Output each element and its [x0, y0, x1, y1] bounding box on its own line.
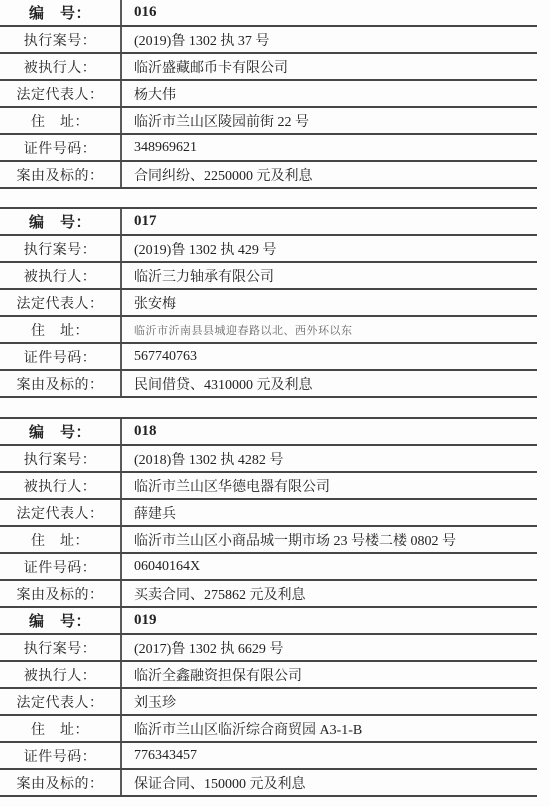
- field-value-respondent: 临沂全鑫融资担保有限公司: [122, 662, 537, 687]
- record-table-017: 编 号： 017 执行案号： (2019)鲁 1302 执 429 号 被执行人…: [0, 207, 537, 398]
- row-legal-representative: 法定代表人： 张安梅: [0, 290, 537, 317]
- field-value-address: 临沂市兰山区小商品城一期市场 23 号楼二楼 0802 号: [122, 527, 537, 552]
- row-legal-representative: 法定代表人： 刘玉珍: [0, 689, 537, 716]
- field-label-cause-amount: 案由及标的：: [0, 581, 122, 606]
- field-value-serial: 019: [122, 608, 537, 633]
- row-cause-amount: 案由及标的： 民间借贷、4310000 元及利息: [0, 371, 537, 398]
- field-value-legal-representative: 刘玉珍: [122, 689, 537, 714]
- field-label-legal-representative: 法定代表人：: [0, 689, 122, 714]
- row-cause-amount: 案由及标的： 合同纠纷、2250000 元及利息: [0, 162, 537, 189]
- row-legal-representative: 法定代表人： 薛建兵: [0, 500, 537, 527]
- row-respondent: 被执行人： 临沂三力轴承有限公司: [0, 263, 537, 290]
- field-value-cause-amount: 买卖合同、275862 元及利息: [122, 581, 537, 606]
- field-label-case-number: 执行案号：: [0, 236, 122, 261]
- field-label-serial: 编 号：: [0, 419, 122, 444]
- row-case-number: 执行案号： (2017)鲁 1302 执 6629 号: [0, 635, 537, 662]
- field-label-id-number: 证件号码：: [0, 743, 122, 768]
- field-label-cause-amount: 案由及标的：: [0, 162, 122, 187]
- field-value-legal-representative: 杨大伟: [122, 81, 537, 106]
- field-label-address: 住 址：: [0, 108, 122, 133]
- field-label-case-number: 执行案号：: [0, 635, 122, 660]
- field-value-address: 临沂市兰山区临沂综合商贸园 A3-1-B: [122, 716, 537, 741]
- row-serial: 编 号： 017: [0, 209, 537, 236]
- field-value-address: 临沂市兰山区陵园前街 22 号: [122, 108, 537, 133]
- field-label-legal-representative: 法定代表人：: [0, 290, 122, 315]
- enforcement-records-page: 编 号： 016 执行案号： (2019)鲁 1302 执 37 号 被执行人：…: [0, 0, 550, 797]
- field-label-cause-amount: 案由及标的：: [0, 770, 122, 795]
- field-label-address: 住 址：: [0, 716, 122, 741]
- field-label-respondent: 被执行人：: [0, 473, 122, 498]
- row-serial: 编 号： 018: [0, 419, 537, 446]
- row-address: 住 址： 临沂市兰山区小商品城一期市场 23 号楼二楼 0802 号: [0, 527, 537, 554]
- field-label-case-number: 执行案号：: [0, 27, 122, 52]
- field-value-serial: 017: [122, 209, 537, 234]
- row-id-number: 证件号码： 776343457: [0, 743, 537, 770]
- field-value-cause-amount: 民间借贷、4310000 元及利息: [122, 371, 537, 396]
- field-value-case-number: (2017)鲁 1302 执 6629 号: [122, 635, 537, 660]
- field-label-respondent: 被执行人：: [0, 662, 122, 687]
- field-value-id-number: 348969621: [122, 135, 537, 160]
- record-table-018: 编 号： 018 执行案号： (2018)鲁 1302 执 4282 号 被执行…: [0, 417, 537, 608]
- row-address: 住 址： 临沂市兰山区陵园前街 22 号: [0, 108, 537, 135]
- field-label-legal-representative: 法定代表人：: [0, 81, 122, 106]
- row-respondent: 被执行人： 临沂全鑫融资担保有限公司: [0, 662, 537, 689]
- field-label-legal-representative: 法定代表人：: [0, 500, 122, 525]
- field-value-serial: 016: [122, 0, 537, 25]
- field-label-id-number: 证件号码：: [0, 344, 122, 369]
- field-value-cause-amount: 保证合同、150000 元及利息: [122, 770, 537, 795]
- field-label-address: 住 址：: [0, 317, 122, 342]
- field-label-id-number: 证件号码：: [0, 135, 122, 160]
- field-value-case-number: (2019)鲁 1302 执 37 号: [122, 27, 537, 52]
- field-value-legal-representative: 薛建兵: [122, 500, 537, 525]
- field-label-respondent: 被执行人：: [0, 54, 122, 79]
- row-case-number: 执行案号： (2019)鲁 1302 执 429 号: [0, 236, 537, 263]
- row-serial: 编 号： 019: [0, 608, 537, 635]
- row-cause-amount: 案由及标的： 保证合同、150000 元及利息: [0, 770, 537, 797]
- field-label-serial: 编 号：: [0, 608, 122, 633]
- row-case-number: 执行案号： (2018)鲁 1302 执 4282 号: [0, 446, 537, 473]
- row-id-number: 证件号码： 348969621: [0, 135, 537, 162]
- field-value-id-number: 06040164X: [122, 554, 537, 579]
- field-value-id-number: 567740763: [122, 344, 537, 369]
- field-value-respondent: 临沂三力轴承有限公司: [122, 263, 537, 288]
- field-label-address: 住 址：: [0, 527, 122, 552]
- row-id-number: 证件号码： 06040164X: [0, 554, 537, 581]
- field-value-address: 临沂市沂南县县城迎春路以北、西外环以东: [122, 317, 537, 342]
- field-value-case-number: (2018)鲁 1302 执 4282 号: [122, 446, 537, 471]
- field-label-id-number: 证件号码：: [0, 554, 122, 579]
- row-respondent: 被执行人： 临沂盛藏邮币卡有限公司: [0, 54, 537, 81]
- field-label-serial: 编 号：: [0, 0, 122, 25]
- field-label-serial: 编 号：: [0, 209, 122, 234]
- row-cause-amount: 案由及标的： 买卖合同、275862 元及利息: [0, 581, 537, 608]
- field-value-case-number: (2019)鲁 1302 执 429 号: [122, 236, 537, 261]
- field-value-legal-representative: 张安梅: [122, 290, 537, 315]
- row-id-number: 证件号码： 567740763: [0, 344, 537, 371]
- row-address: 住 址： 临沂市沂南县县城迎春路以北、西外环以东: [0, 317, 537, 344]
- record-table-016: 编 号： 016 执行案号： (2019)鲁 1302 执 37 号 被执行人：…: [0, 0, 537, 189]
- field-label-case-number: 执行案号：: [0, 446, 122, 471]
- field-value-serial: 018: [122, 419, 537, 444]
- row-respondent: 被执行人： 临沂市兰山区华德电器有限公司: [0, 473, 537, 500]
- field-label-respondent: 被执行人：: [0, 263, 122, 288]
- field-value-id-number: 776343457: [122, 743, 537, 768]
- row-address: 住 址： 临沂市兰山区临沂综合商贸园 A3-1-B: [0, 716, 537, 743]
- row-case-number: 执行案号： (2019)鲁 1302 执 37 号: [0, 27, 537, 54]
- record-table-019: 编 号： 019 执行案号： (2017)鲁 1302 执 6629 号 被执行…: [0, 608, 537, 797]
- field-value-cause-amount: 合同纠纷、2250000 元及利息: [122, 162, 537, 187]
- field-value-respondent: 临沂市兰山区华德电器有限公司: [122, 473, 537, 498]
- row-legal-representative: 法定代表人： 杨大伟: [0, 81, 537, 108]
- field-label-cause-amount: 案由及标的：: [0, 371, 122, 396]
- field-value-respondent: 临沂盛藏邮币卡有限公司: [122, 54, 537, 79]
- row-serial: 编 号： 016: [0, 0, 537, 27]
